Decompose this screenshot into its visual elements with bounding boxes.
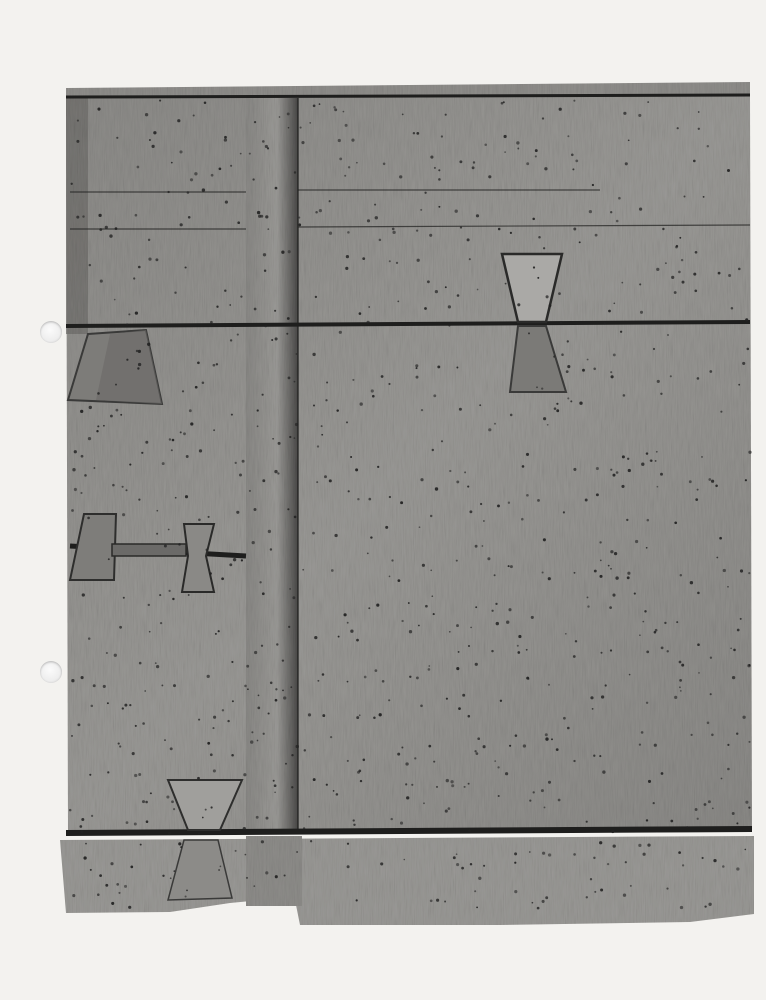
photo-mount (0, 0, 766, 1000)
wood-panel-photo (0, 0, 766, 1000)
